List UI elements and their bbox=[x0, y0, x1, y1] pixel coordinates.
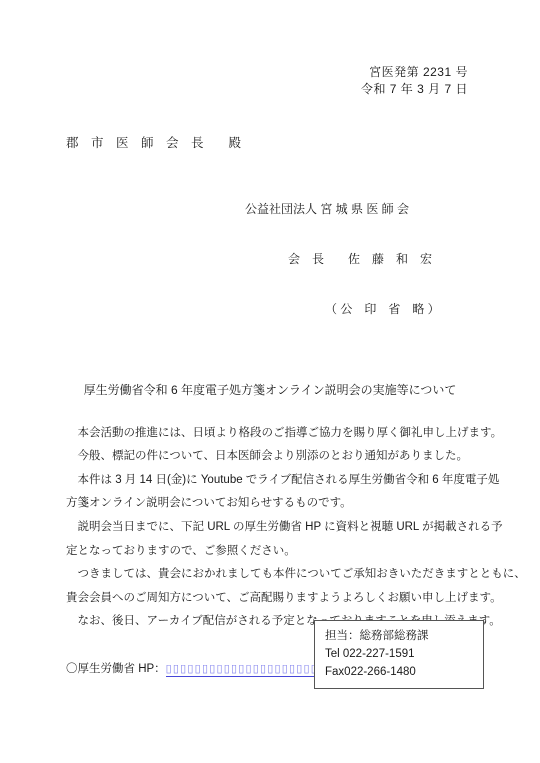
sender-organization: 公益社団法人 宮 城 県 医 師 会 bbox=[245, 201, 540, 218]
body-line: 方箋オンライン説明会についてお知らせするものです。 bbox=[66, 492, 500, 516]
letter-page: 宮医発第 2231 号 令和 7 年 3 月 7 日 郡 市 医 師 会 長 殿… bbox=[0, 0, 540, 763]
mhlw-hp-link-label: 〇厚生労働省 HP： bbox=[66, 663, 166, 675]
body-line: 説明会当日までに、下記 URL の厚生労働省 HP に資料と視聴 URL が掲載… bbox=[66, 516, 500, 540]
document-number: 宮医発第 2231 号 bbox=[0, 64, 468, 81]
body-line: つきましては、貴会におかれましても本件についてご承知おきいただきますとともに、 bbox=[66, 563, 500, 587]
contact-tel: Tel 022-227-1591 bbox=[325, 645, 473, 663]
contact-box: 担当：総務部総務課 Tel 022-227-1591 Fax022-266-14… bbox=[314, 620, 484, 689]
sender-president: 会 長 佐 藤 和 宏 bbox=[288, 251, 540, 268]
body-line: 貴会会員へのご周知方について、ご高配賜りますようよろしくお願い申し上げます。 bbox=[66, 587, 500, 611]
addressee: 郡 市 医 師 会 長 殿 bbox=[66, 133, 540, 151]
body-text: 本会活動の推進には、日頃より格段のご指導ご協力を賜り厚く御礼申し上げます。 今般… bbox=[66, 422, 500, 634]
contact-department: 担当：総務部総務課 bbox=[325, 627, 473, 645]
sender-seal-note: （ 公 印 省 略 ） bbox=[325, 301, 540, 318]
sender-block: 公益社団法人 宮 城 県 医 師 会 会 長 佐 藤 和 宏 （ 公 印 省 略… bbox=[245, 168, 540, 351]
contact-fax: Fax022-266-1480 bbox=[325, 663, 473, 681]
header-right-block: 宮医発第 2231 号 令和 7 年 3 月 7 日 bbox=[0, 0, 540, 98]
body-line: 本件は 3 月 14 日(金)に Youtube でライブ配信される厚生労働省令… bbox=[66, 469, 500, 493]
body-line: 本会活動の推進には、日頃より格段のご指導ご協力を賜り厚く御礼申し上げます。 bbox=[66, 422, 500, 446]
document-date: 令和 7 年 3 月 7 日 bbox=[0, 81, 468, 98]
body-line: 今般、標記の件について、日本医師会より別添のとおり通知がありました。 bbox=[66, 445, 500, 469]
body-line: 定となっておりますので、ご参照ください。 bbox=[66, 540, 500, 564]
document-title: 厚生労働省令和 6 年度電子処方箋オンライン説明会の実施等について bbox=[0, 381, 540, 398]
